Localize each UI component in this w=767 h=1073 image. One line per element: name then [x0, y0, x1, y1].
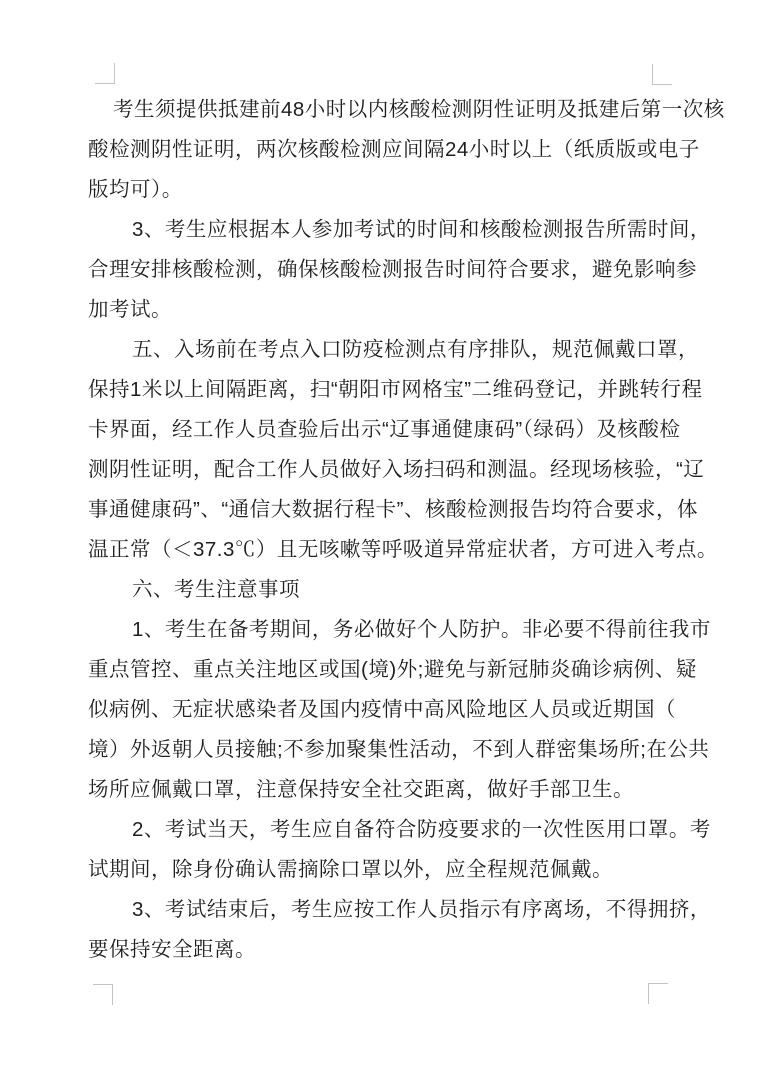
text-line: 六、考生注意事项	[88, 570, 688, 610]
text-line: 试期间，除身份确认需摘除口罩以外，应全程规范佩戴。	[88, 850, 688, 890]
text-line: 1、考生在备考期间，务必做好个人防护。非必要不得前往我市	[88, 610, 688, 650]
text-boundary-corner-bottom-right	[648, 983, 668, 1004]
text-line: 版均可）。	[88, 170, 688, 210]
text-line: 考生须提供抵建前48小时以内核酸检测阴性证明及抵建后第一次核	[88, 90, 688, 130]
document-page: 考生须提供抵建前48小时以内核酸检测阴性证明及抵建后第一次核酸检测阴性证明，两次…	[0, 0, 767, 1073]
text-line: 测阴性证明，配合工作人员做好入场扫码和测温。经现场核验，“辽	[88, 450, 688, 490]
text-line: 事通健康码”、“通信大数据行程卡”、核酸检测报告均符合要求，体	[88, 490, 688, 530]
paragraph: 六、考生注意事项	[88, 570, 688, 610]
text-line: 重点管控、重点关注地区或国(境)外;避免与新冠肺炎确诊病例、疑	[88, 650, 688, 690]
paragraph: 五、入场前在考点入口防疫检测点有序排队，规范佩戴口罩，保持1米以上间隔距离，扫“…	[88, 330, 688, 570]
text-line: 加考试。	[88, 290, 688, 330]
paragraph: 3、考试结束后，考生应按工作人员指示有序离场，不得拥挤，要保持安全距离。	[88, 890, 688, 970]
text-line: 3、考生应根据本人参加考试的时间和核酸检测报告所需时间，	[88, 210, 688, 250]
text-line: 酸检测阴性证明，两次核酸检测应间隔24小时以上（纸质版或电子	[88, 130, 688, 170]
text-line: 保持1米以上间隔距离，扫“朝阳市网格宝”二维码登记，并跳转行程	[88, 370, 688, 410]
text-boundary-corner-bottom-left	[93, 984, 113, 1005]
text-line: 温正常（＜37.3℃）且无咳嗽等呼吸道异常症状者，方可进入考点。	[88, 530, 688, 570]
text-line: 要保持安全距离。	[88, 930, 688, 970]
text-line: 2、考试当天，考生应自备符合防疫要求的一次性医用口罩。考	[88, 810, 688, 850]
text-line: 似病例、无症状感染者及国内疫情中高风险地区人员或近期国（	[88, 690, 688, 730]
text-line: 五、入场前在考点入口防疫检测点有序排队，规范佩戴口罩，	[88, 330, 688, 370]
text-line: 境）外返朝人员接触;不参加聚集性活动，不到人群密集场所;在公共	[88, 730, 688, 770]
text-line: 合理安排核酸检测，确保核酸检测报告时间符合要求，避免影响参	[88, 250, 688, 290]
paragraph: 2、考试当天，考生应自备符合防疫要求的一次性医用口罩。考试期间，除身份确认需摘除…	[88, 810, 688, 890]
paragraph: 3、考生应根据本人参加考试的时间和核酸检测报告所需时间，合理安排核酸检测，确保核…	[88, 210, 688, 330]
text-boundary-corner-top-left	[95, 63, 115, 84]
text-boundary-corner-top-right	[652, 64, 672, 85]
text-line: 3、考试结束后，考生应按工作人员指示有序离场，不得拥挤，	[88, 890, 688, 930]
text-line: 场所应佩戴口罩，注意保持安全社交距离，做好手部卫生。	[88, 770, 688, 810]
text-line: 卡界面，经工作人员查验后出示“辽事通健康码”（绿码）及核酸检	[88, 410, 688, 450]
paragraph: 考生须提供抵建前48小时以内核酸检测阴性证明及抵建后第一次核酸检测阴性证明，两次…	[88, 90, 688, 210]
document-text: 考生须提供抵建前48小时以内核酸检测阴性证明及抵建后第一次核酸检测阴性证明，两次…	[88, 90, 688, 970]
paragraph: 1、考生在备考期间，务必做好个人防护。非必要不得前往我市重点管控、重点关注地区或…	[88, 610, 688, 810]
